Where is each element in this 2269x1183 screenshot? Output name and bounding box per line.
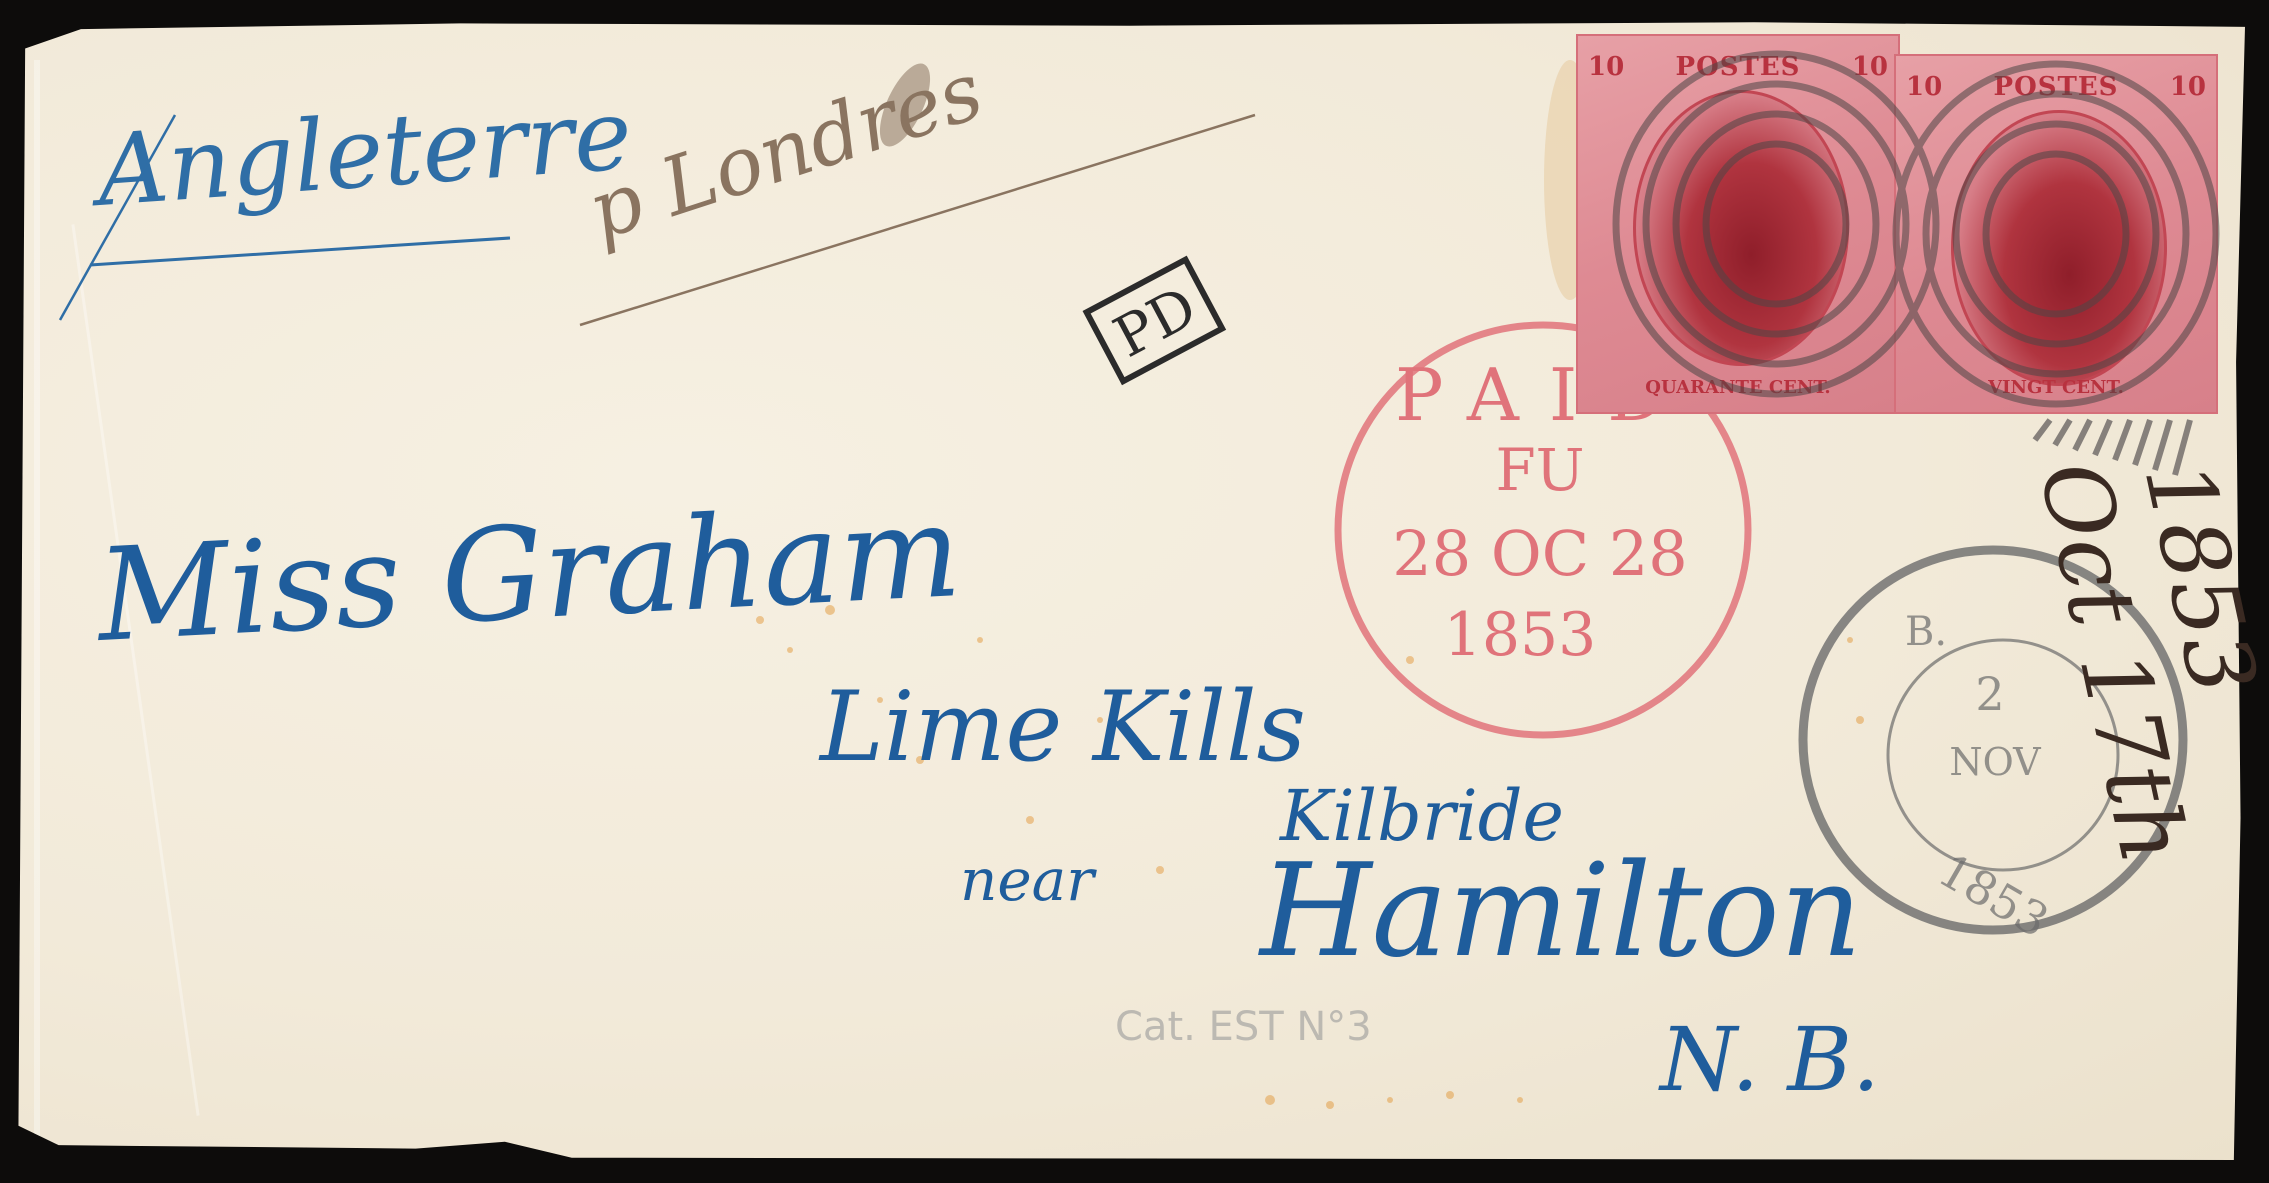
svg-text:PD: PD <box>1104 275 1207 371</box>
svg-text:NOV: NOV <box>1949 740 2041 784</box>
svg-text:2: 2 <box>1975 667 2004 721</box>
address-line-3-prefix: near <box>960 846 1097 914</box>
grid-cancellation <box>1576 34 2226 410</box>
route-via: p Londres <box>577 44 993 258</box>
underline <box>90 238 510 265</box>
addressee: Miss Graham <box>92 477 965 671</box>
address-line-3: Hamilton <box>1258 837 1862 986</box>
svg-text:1853: 1853 <box>1444 600 1597 670</box>
address-line-4: N. B. <box>1658 1008 1880 1111</box>
svg-text:B.: B. <box>1905 609 1947 655</box>
pencil-note: Cat. EST N°3 <box>1115 1004 1372 1050</box>
svg-text:FU: FU <box>1495 436 1584 504</box>
pd-handstamp: PD <box>1087 260 1223 381</box>
svg-text:28 OC 28: 28 OC 28 <box>1392 517 1687 590</box>
address-line-1: Lime Kills <box>818 671 1306 783</box>
route-instruction: Angleterre <box>86 78 636 230</box>
stamp-pair: 10 POSTES 10 QUARANTE CENT. 10 POSTES 10… <box>1576 34 2226 410</box>
